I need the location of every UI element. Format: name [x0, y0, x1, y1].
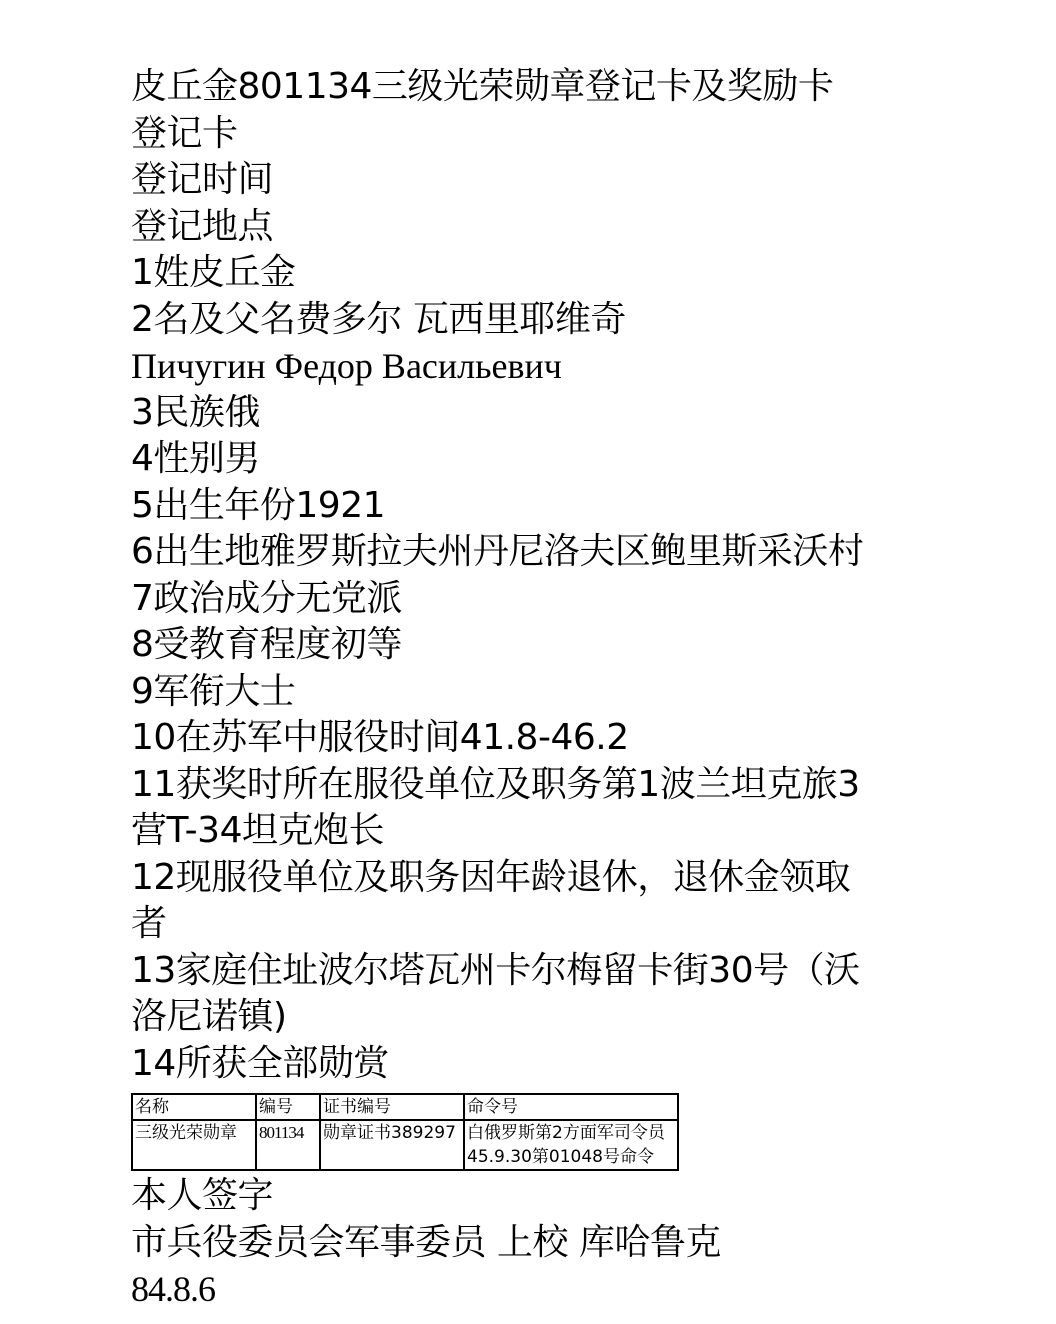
field-name-cyrillic: Пичугин Федор Васильевич: [131, 343, 951, 390]
awards-table: 名称 编号 证书编号 命令号 三级光荣勋章 801134 勋章证书389297 …: [131, 1093, 679, 1171]
field-home-address: 13家庭住址波尔塔瓦州卡尔梅留卡街30号（沃: [131, 948, 951, 995]
field-home-address-cont: 洛尼诺镇): [131, 994, 951, 1041]
field-birthplace: 6出生地雅罗斯拉夫州丹尼洛夫区鲍里斯采沃村: [131, 529, 951, 576]
cell-award-number: 801134: [256, 1120, 320, 1170]
cell-award-name: 三级光荣勋章: [132, 1120, 256, 1170]
awards-table-header: 名称 编号 证书编号 命令号: [132, 1094, 678, 1120]
field-nationality: 3民族俄: [131, 390, 951, 437]
cell-order-number: 白俄罗斯第2方面军司令员45.9.30第01048号命令: [464, 1120, 678, 1170]
signature-label: 本人签字: [131, 1173, 951, 1220]
field-unit-at-award-cont: 营T-34坦克炮长: [131, 808, 951, 855]
field-current-unit: 12现服役单位及职务因年龄退休，退休金领取: [131, 855, 951, 902]
field-service-period: 10在苏军中服役时间41.8-46.2: [131, 715, 951, 762]
header-award-number: 编号: [256, 1094, 320, 1120]
header-certificate-number: 证书编号: [320, 1094, 464, 1120]
section-heading: 登记卡: [131, 111, 951, 158]
official-signatory: 市兵役委员会军事委员 上校 库哈鲁克: [131, 1220, 951, 1267]
field-all-awards: 14所获全部勋赏: [131, 1041, 951, 1088]
cell-certificate-number: 勋章证书389297: [320, 1120, 464, 1170]
registration-place-label: 登记地点: [131, 204, 951, 251]
field-surname: 1姓皮丘金: [131, 250, 951, 297]
signature-date: 84.8.6: [131, 1266, 951, 1313]
table-row: 三级光荣勋章 801134 勋章证书389297 白俄罗斯第2方面军司令员45.…: [132, 1120, 678, 1170]
field-party-affiliation: 7政治成分无党派: [131, 576, 951, 623]
registration-time-label: 登记时间: [131, 157, 951, 204]
header-order-number: 命令号: [464, 1094, 678, 1120]
field-birth-year: 5出生年份1921: [131, 483, 951, 530]
header-award-name: 名称: [132, 1094, 256, 1120]
field-unit-at-award: 11获奖时所在服役单位及职务第1波兰坦克旅3: [131, 762, 951, 809]
field-current-unit-cont: 者: [131, 901, 951, 948]
registration-card-document: 皮丘金801134三级光荣勋章登记卡及奖励卡 登记卡 登记时间 登记地点 1姓皮…: [131, 64, 951, 1313]
field-military-rank: 9军衔大士: [131, 669, 951, 716]
field-education: 8受教育程度初等: [131, 622, 951, 669]
field-gender: 4性别男: [131, 436, 951, 483]
document-title: 皮丘金801134三级光荣勋章登记卡及奖励卡: [131, 64, 951, 111]
field-name-patronymic: 2名及父名费多尔 瓦西里耶维奇: [131, 297, 951, 344]
